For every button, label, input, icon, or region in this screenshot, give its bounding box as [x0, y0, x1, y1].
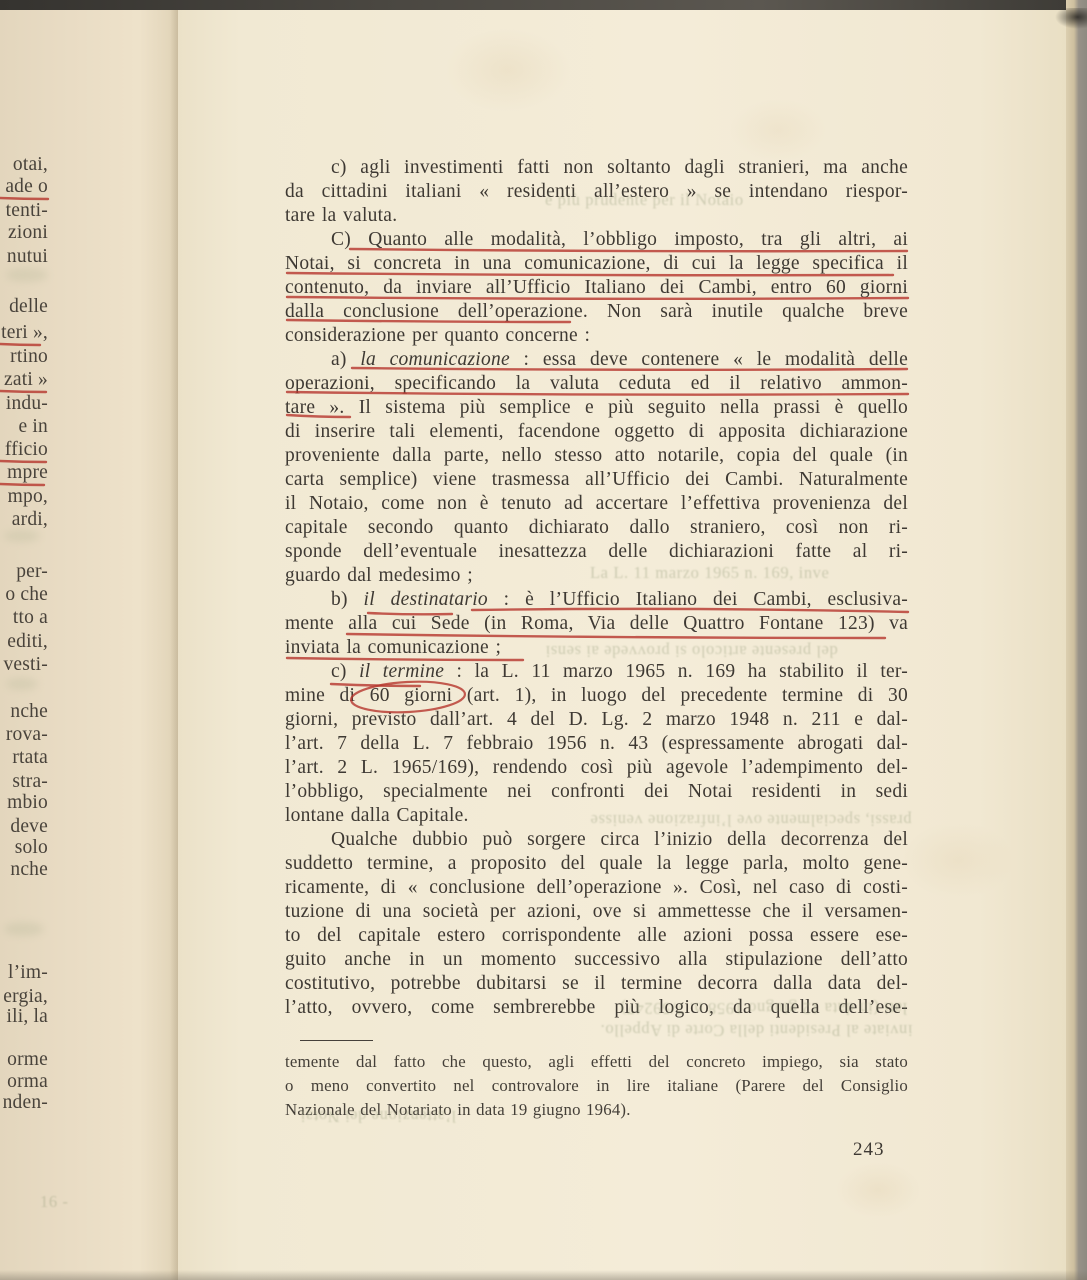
text-line: c) agli investimenti fatti non soltanto …: [285, 156, 908, 180]
facing-page-text-fragments: otai,ade otenti-zioninutuidelleteri »,rt…: [0, 0, 48, 1280]
facing-page-fragment: nche: [0, 857, 48, 883]
book-scan: otai,ade otenti-zioninutuidelleteri »,rt…: [0, 0, 1087, 1280]
showthrough-text: 16 -: [40, 1192, 69, 1212]
text-line: Notai, si concreta in una comunicazione,…: [285, 252, 908, 276]
facing-page-fragment: teri »,: [0, 320, 48, 346]
facing-page-fragment: nutui: [0, 244, 48, 270]
showthrough-text: l’attenzione dei Notai: [300, 1106, 456, 1126]
page-corner-shadow: [1040, 8, 1087, 38]
text-line: contenuto, da inviare all’Ufficio Italia…: [285, 276, 908, 300]
text-line: proveniente dalla parte, nello stesso at…: [285, 444, 908, 468]
facing-page-fragment: zati »: [0, 367, 48, 393]
facing-page-fragment: tto a: [0, 605, 48, 631]
showthrough-text: è più prudente per il Notaio: [545, 190, 744, 210]
facing-page-fragment: ardi,: [0, 507, 48, 533]
text-line: c) il termine : la L. 11 marzo 1965 n. 1…: [285, 660, 908, 684]
text-line: Qualche dubbio può sorgere circa l’inizi…: [285, 828, 908, 852]
text-line: carta semplice) viene trasmessa all’Uffi…: [285, 468, 908, 492]
text-line: l’art. 2 L. 1965/169), rendendo così più…: [285, 756, 908, 780]
text-line: guito anche in un momento successivo all…: [285, 948, 908, 972]
text-line: l’obbligo, specialmente nei confronti de…: [285, 780, 908, 804]
text-line: giorni, previsto dall’art. 4 del D. Lg. …: [285, 708, 908, 732]
facing-page-fragment: ade o: [0, 174, 48, 200]
facing-page-fragment: l’im-: [0, 960, 48, 986]
footnote-separator: [300, 1040, 373, 1041]
showthrough-text: lati (in data 12 giugno 1958 n. 7/59247): [620, 998, 907, 1018]
facing-page-fragment: mpre: [0, 460, 48, 486]
text-line: l’art. 7 della L. 7 febbraio 1956 n. 43 …: [285, 732, 908, 756]
facing-page-fragment: ili, la: [0, 1004, 48, 1030]
facing-page-fragment: zioni: [0, 220, 48, 246]
page-text: c) agli investimenti fatti non soltanto …: [285, 156, 908, 1020]
text-line: suddetto termine, a proposito del quale …: [285, 852, 908, 876]
showthrough-text: del presente articolo si provvede ai sen…: [545, 641, 838, 661]
text-line: sponde dell’eventuale inesattezza delle …: [285, 540, 908, 564]
text-line: operazioni, specificando la valuta cedut…: [285, 372, 908, 396]
text-line: tare ». Il sistema più semplice e più se…: [285, 396, 908, 420]
facing-page-fragment: mbio: [0, 790, 48, 816]
text-line: a) la comunicazione : essa deve contener…: [285, 348, 908, 372]
text-line: mine di 60 giorni (art. 1), in luogo del…: [285, 684, 908, 708]
showthrough-text: inviate al Presidenti della Corte di App…: [600, 1020, 912, 1040]
text-line: to del capitale estero corrispondente al…: [285, 924, 908, 948]
facing-page-fragment: delle: [0, 294, 48, 320]
text-line: di inserire tali elementi, facendone ogg…: [285, 420, 908, 444]
text-line: tuzione di una società per azioni, ove s…: [285, 900, 908, 924]
book-bottom-edge: [0, 1270, 1087, 1280]
text-line: il Notaio, come non è tenuto ad accertar…: [285, 492, 908, 516]
showthrough-text: La L. 11 marzo 1965 n. 169, inve: [590, 563, 829, 583]
text-line: dalla conclusione dell’operazione. Non s…: [285, 300, 908, 324]
showthrough-text: prassi, specialmente ove l’infrazione ve…: [590, 810, 912, 830]
footnote-line: o meno convertito nel controvalore in li…: [285, 1074, 908, 1098]
footnote-line: temente dal fatto che questo, agli effet…: [285, 1050, 908, 1074]
page-fore-edge: [1066, 0, 1087, 1280]
text-line: C) Quanto alle modalità, l’obbligo impos…: [285, 228, 908, 252]
text-line: costitutivo, potrebbe dubitarsi se il te…: [285, 972, 908, 996]
facing-page-fragment: rtata: [0, 745, 48, 771]
text-line: b) il destinatario : è l’Ufficio Italian…: [285, 588, 908, 612]
text-line: ricamente, di « conclusione dell’operazi…: [285, 876, 908, 900]
facing-page-fragment: nden-: [0, 1090, 48, 1116]
text-line: capitale secondo quanto dichiarato dallo…: [285, 516, 908, 540]
text-line: mente alla cui Sede (in Roma, Via delle …: [285, 612, 908, 636]
text-line: considerazione per quanto concerne :: [285, 324, 908, 348]
facing-page-fragment: vesti-: [0, 652, 48, 678]
page-number: 243: [853, 1139, 885, 1161]
